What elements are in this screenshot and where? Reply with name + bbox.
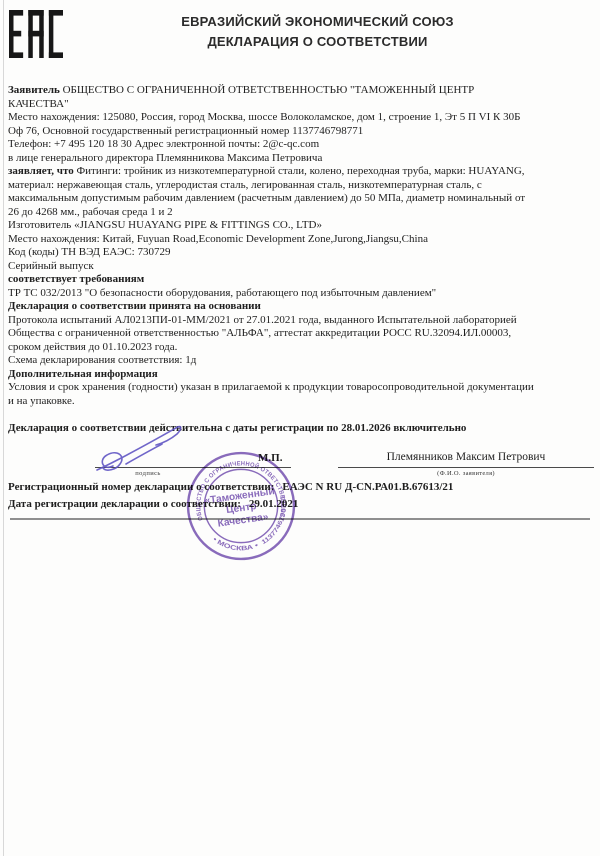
body-line: соответствует требованиям [8,273,596,287]
body-line: Код (коды) ТН ВЭД ЕАЭС: 730729 [8,246,596,260]
body-line: и на упаковке. [8,395,596,409]
body-line: заявляет, что Фитинги: тройник из низкот… [8,165,596,179]
body-line: Заявитель ОБЩЕСТВО С ОГРАНИЧЕННОЙ ОТВЕТС… [8,84,596,98]
body-line: Дополнительная информация [8,368,596,382]
body-line: в лице генерального директора Племяннико… [8,152,596,166]
body-line: Телефон: +7 495 120 18 30 Адрес электрон… [8,138,596,152]
body-line: максимальным допустимым рабочим давление… [8,192,596,206]
body-line: Место нахождения: Китай, Fuyuan Road,Eco… [8,233,596,247]
stamp-ring-bottom-text: • МОСКВА • [211,536,260,552]
declaration-document: ЕВРАЗИЙСКИЙ ЭКОНОМИЧЕСКИЙ СОЮЗ ДЕКЛАРАЦИ… [0,0,600,856]
body-line: Серийный выпуск [8,260,596,274]
body-line: Схема декларирования соответствия: 1д [8,354,596,368]
registration-number-value: ЕАЭС N RU Д-CN.РА01.В.67613/21 [282,481,453,493]
body-line: Протокола испытаний АЛ0213ПИ-01-ММ/2021 … [8,314,596,328]
document-header: ЕВРАЗИЙСКИЙ ЭКОНОМИЧЕСКИЙ СОЮЗ ДЕКЛАРАЦИ… [35,14,600,49]
declarant-name-line [338,467,594,468]
body-line: Декларация о соответствии принята на осн… [8,300,596,314]
declaration-body: Заявитель ОБЩЕСТВО С ОГРАНИЧЕННОЙ ОТВЕТС… [8,84,596,435]
body-line: Место нахождения: 125080, Россия, город … [8,111,596,125]
body-line: сроком действия до 01.10.2023 года. [8,341,596,355]
scan-edge-line [3,0,4,856]
body-line: материал: нержавеющая сталь, углеродиста… [8,179,596,193]
body-line: Условия и срок хранения (годности) указа… [8,381,596,395]
body-line: 26 до 4268 мм., рабочая среда 1 и 2 [8,206,596,220]
body-line: Изготовитель «JIANGSU HUAYANG PIPE & FIT… [8,219,596,233]
body-line: КАЧЕСТВА" [8,98,596,112]
document-title: ДЕКЛАРАЦИЯ О СООТВЕТСТВИИ [35,34,600,49]
body-line: ТР ТС 032/2013 "О безопасности оборудова… [8,287,596,301]
declarant-name-caption: (Ф.И.О. заявителя) [338,470,594,477]
declarant-name: Племянников Максим Петрович [338,451,594,463]
body-line: Общества с ограниченной ответственностью… [8,327,596,341]
stamp-center-line3: Качества» [217,512,270,530]
signature-scribble [93,408,188,474]
divider-line [10,518,590,520]
union-title: ЕВРАЗИЙСКИЙ ЭКОНОМИЧЕСКИЙ СОЮЗ [35,14,600,29]
body-line: Оф 76, Основной государственный регистра… [8,125,596,139]
company-stamp: ОБЩЕСТВО С ОГРАНИЧЕННОЙ ОТВЕТСТВЕННОСТЬЮ… [184,449,298,563]
svg-text:• МОСКВА •: • МОСКВА • [211,536,260,552]
